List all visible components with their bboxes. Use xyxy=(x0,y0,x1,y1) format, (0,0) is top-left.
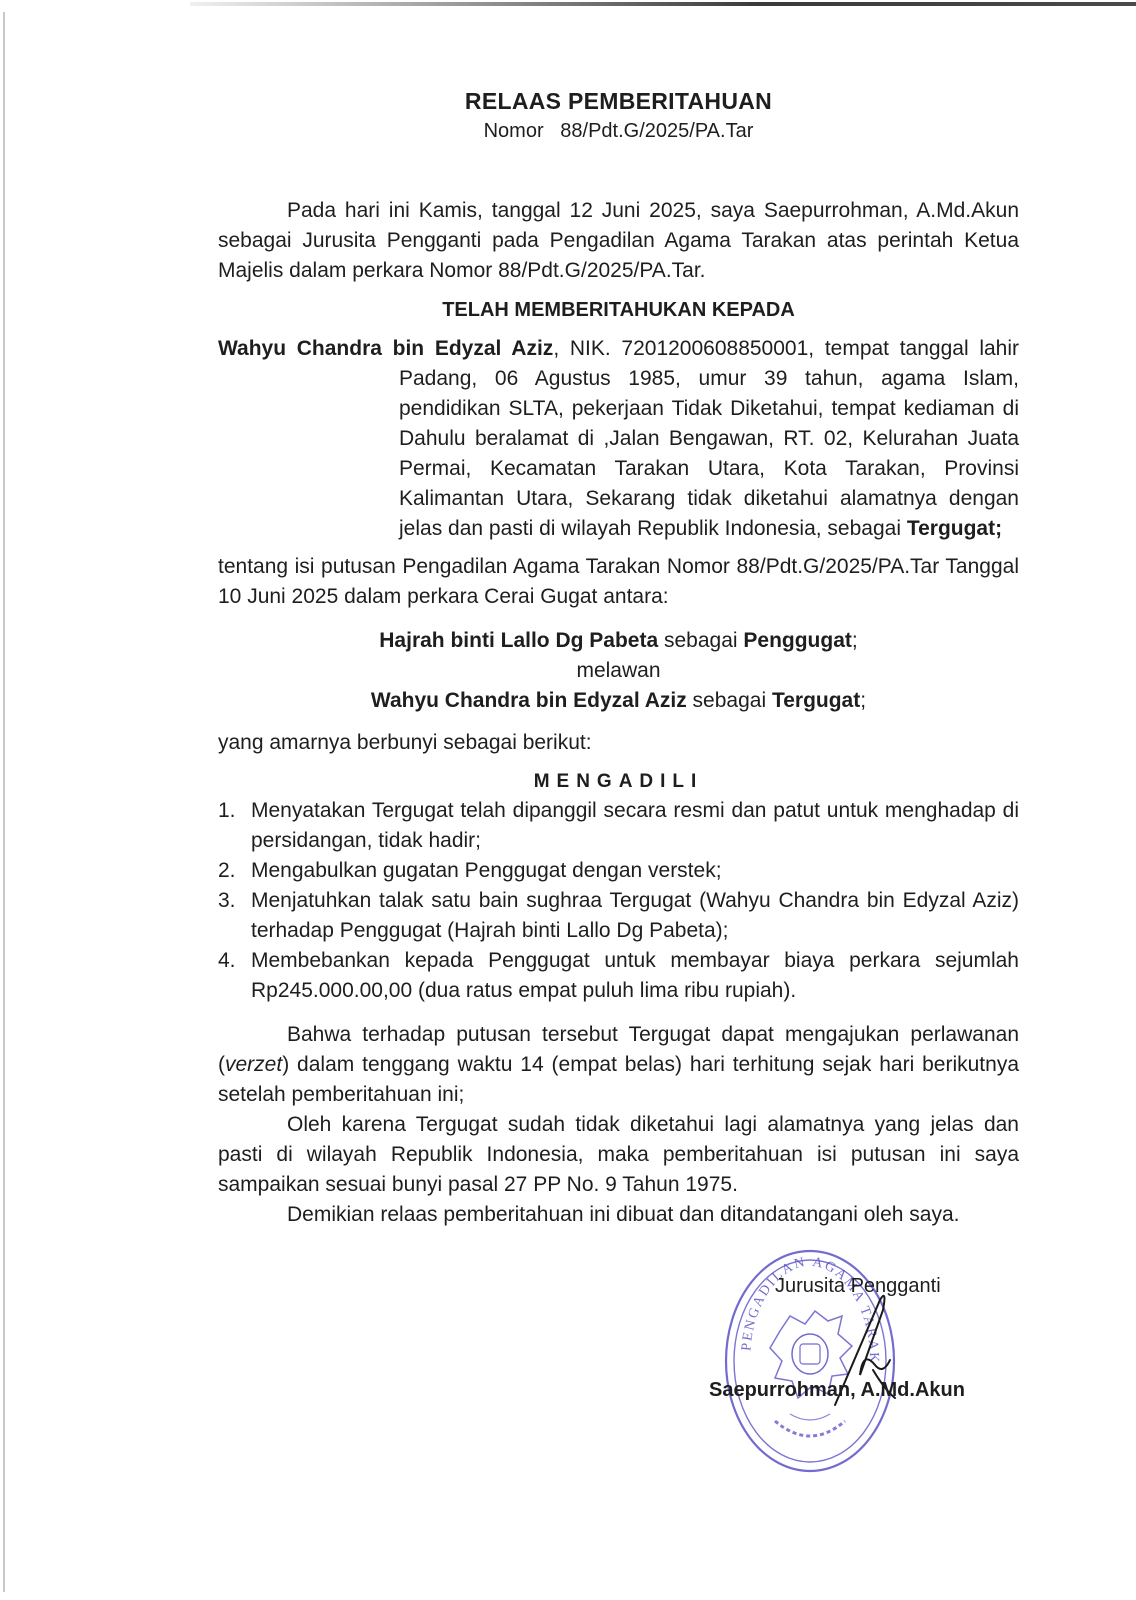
closing-statement: Demikian relaas pemberitahuan ini dibuat… xyxy=(218,1200,1019,1230)
amar-list: 1.Menyatakan Tergugat telah dipanggil se… xyxy=(218,796,1019,1006)
defendant-line: Wahyu Chandra bin Edyzal Aziz sebagai Te… xyxy=(218,686,1019,716)
recipient-info: , NIK. 7201200608850001, tempat tanggal … xyxy=(399,337,1019,540)
case-parties: Hajrah binti Lallo Dg Pabeta sebagai Pen… xyxy=(218,626,1019,716)
scan-left-edge xyxy=(3,12,5,1592)
decision-reference: tentang isi putusan Pengadilan Agama Tar… xyxy=(218,552,1019,612)
verzet-paragraph: Bahwa terhadap putusan tersebut Tergugat… xyxy=(218,1020,1019,1110)
recipient-details: Wahyu Chandra bin Edyzal Aziz, NIK. 7201… xyxy=(399,334,1019,544)
address-unknown-paragraph: Oleh karena Tergugat sudah tidak diketah… xyxy=(218,1110,1019,1200)
amar-item: 1.Menyatakan Tergugat telah dipanggil se… xyxy=(218,796,1019,856)
scan-top-border xyxy=(0,0,1136,8)
recipient-block: Wahyu Chandra bin Edyzal Aziz, NIK. 7201… xyxy=(218,334,1019,544)
signature-block: PENGADILAN AGAMA TARAKAN Jurusita Pengga… xyxy=(720,1240,1020,1480)
mengadili-heading: MENGADILI xyxy=(218,768,1019,796)
defendant-role: Tergugat xyxy=(772,689,860,712)
amar-item: 3.Menjatuhkan talak satu bain sughraa Te… xyxy=(218,886,1019,946)
opening-paragraph: Pada hari ini Kamis, tanggal 12 Juni 202… xyxy=(218,196,1019,286)
plaintiff-name: Hajrah binti Lallo Dg Pabeta xyxy=(379,629,658,652)
amar-item: 4.Membebankan kepada Penggugat untuk mem… xyxy=(218,946,1019,1006)
signatory-name: Saepurrohman, A.Md.Akun xyxy=(709,1378,965,1402)
plaintiff-role: Penggugat xyxy=(743,629,852,652)
amar-intro: yang amarnya berbunyi sebagai berikut: xyxy=(218,728,1019,758)
section-heading: TELAH MEMBERITAHUKAN KEPADA xyxy=(218,295,1019,325)
document-title: RELAAS PEMBERITAHUAN xyxy=(218,86,1019,116)
defendant-name: Wahyu Chandra bin Edyzal Aziz xyxy=(371,689,687,712)
document-number: Nomor 88/Pdt.G/2025/PA.Tar xyxy=(218,116,1019,146)
versus-label: melawan xyxy=(218,656,1019,686)
amar-item: 2.Mengabulkan gugatan Penggugat dengan v… xyxy=(218,856,1019,886)
recipient-name: Wahyu Chandra bin Edyzal Aziz xyxy=(218,337,553,360)
document-page: RELAAS PEMBERITAHUAN Nomor 88/Pdt.G/2025… xyxy=(218,86,1019,1230)
plaintiff-line: Hajrah binti Lallo Dg Pabeta sebagai Pen… xyxy=(218,626,1019,656)
recipient-role: Tergugat; xyxy=(907,517,1002,540)
recipient-spacer xyxy=(218,334,399,544)
